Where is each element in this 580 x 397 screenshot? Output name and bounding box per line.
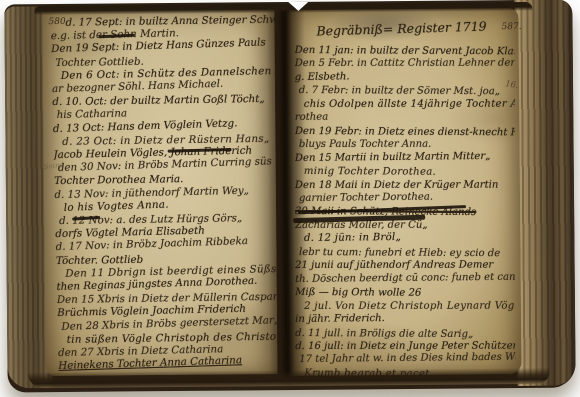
photo-open-register-book: 580 587. Begräbniß= Register 1719 d. 17 … — [0, 0, 580, 397]
right-page-lines: Den 11 jan: in builtz der Sarvent Jacob … — [295, 44, 516, 384]
left-page-lines: d. 17 Sept: in builtz Anna Steinger Schw… — [50, 12, 284, 377]
manuscript-line: Den 15 Martii in builtz Martin Mitter„ — [295, 149, 515, 165]
manuscript-line: minig Tochter Dorothea. — [304, 165, 515, 180]
right-margin-note: 16. — [504, 79, 519, 91]
manuscript-line: lebr tu cum: funebri et Hieb: ey scio de — [299, 246, 515, 261]
manuscript-line: th. Döschen beerdigt cū conc: funeb et c… — [295, 270, 515, 286]
manuscript-line: 17 tel Jahr alt w. in des Dies kind bade… — [299, 351, 515, 367]
manuscript-line: Tochter Gottlieb. — [55, 53, 277, 69]
open-book: 580 587. Begräbniß= Register 1719 d. 17 … — [4, 0, 575, 392]
manuscript-line: d. 11 jull. in Bröligs die alte Sarig„ — [295, 326, 515, 341]
manuscript-line: rothea — [295, 109, 515, 125]
manuscript-line: g. Elsbeth. — [295, 69, 515, 85]
top-gutter-notch — [288, 2, 308, 11]
manuscript-line: in jähr. Friderich. — [295, 311, 515, 327]
manuscript-line: d. 12 jün: in Bröl„ — [304, 230, 515, 246]
right-page-block-edge — [514, 0, 575, 386]
manuscript-line: d. 7 Febr: in builtz der Sömer Mst. joa„ — [299, 84, 515, 99]
manuscript-line: garnier Tochter Dorothea. — [299, 190, 515, 206]
